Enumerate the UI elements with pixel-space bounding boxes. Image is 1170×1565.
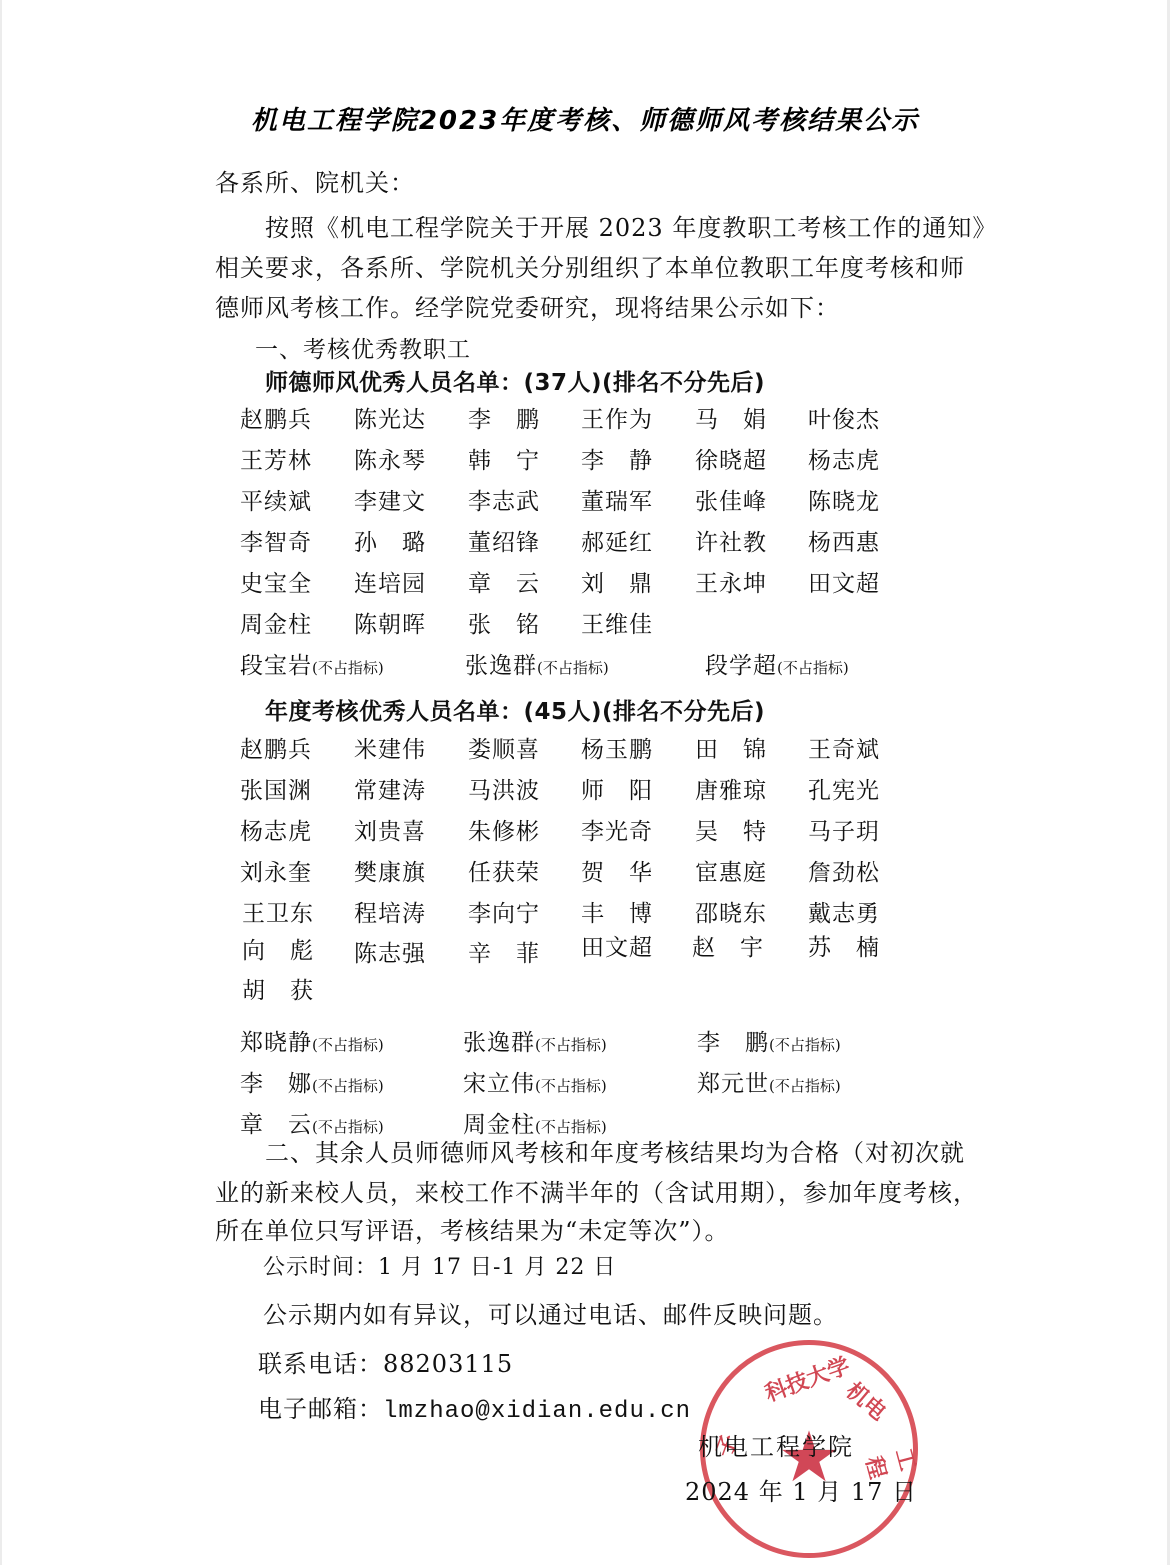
person-name: 田文超: [808, 565, 880, 598]
person-name: 李向宁: [468, 895, 540, 928]
person-name: 赵 宇: [692, 929, 764, 962]
person-name-extra: 段宝岩(不占指标): [240, 647, 384, 680]
person-name: 王作为: [581, 401, 653, 434]
intro-line-2: 相关要求，各系所、学院机关分别组织了本单位教职工年度考核和师: [215, 248, 965, 283]
person-name: 詹劲松: [808, 854, 880, 887]
person-name: 章 云: [468, 565, 540, 598]
person-name: 董瑞军: [581, 483, 653, 516]
person-name: 辛 菲: [468, 935, 540, 968]
person-name: 丰 博: [581, 895, 653, 928]
person-name: 贺 华: [581, 854, 653, 887]
person-name: 张 铭: [468, 606, 540, 639]
section-1-heading: 一、考核优秀教职工: [255, 331, 471, 364]
person-name: 马子玥: [808, 813, 880, 846]
person-name: 王永坤: [695, 565, 767, 598]
person-name: 常建涛: [354, 772, 426, 805]
person-name-extra: 李 娜(不占指标): [240, 1065, 384, 1098]
annual-list-heading: 年度考核优秀人员名单：(45人)(排名不分先后): [265, 693, 765, 726]
person-name: 叶俊杰: [808, 401, 880, 434]
intro-line-3: 德师风考核工作。经学院党委研究，现将结果公示如下：: [215, 288, 840, 323]
person-name: 田文超: [581, 929, 653, 962]
person-name: 马 娟: [695, 401, 767, 434]
person-name: 平续斌: [240, 483, 312, 516]
person-name: 王奇斌: [808, 731, 880, 764]
person-name: 戴志勇: [808, 895, 880, 928]
salutation: 各系所、院机关：: [215, 163, 415, 198]
seal-text-fragment: 机电: [840, 1374, 894, 1426]
person-name: 陈永琴: [354, 442, 426, 475]
person-name: 王芳林: [240, 442, 312, 475]
signature-date: 2024 年 1 月 17 日: [685, 1472, 917, 1507]
section-2-line-3: 所在单位只写评语，考核结果为“未定等次”）。: [215, 1211, 730, 1246]
person-name: 刘 鼎: [581, 565, 653, 598]
contact-phone-value: 88203115: [383, 1350, 513, 1378]
person-name: 宦惠庭: [695, 854, 767, 887]
person-name: 朱修彬: [468, 813, 540, 846]
person-name: 郝延红: [581, 524, 653, 557]
contact-email: 电子邮箱：lmzhao@xidian.edu.cn: [258, 1389, 691, 1425]
section-2-line-1: 二、其余人员师德师风考核和年度考核结果均为合格（对初次就: [265, 1133, 965, 1168]
person-name-extra: 宋立伟(不占指标): [463, 1065, 607, 1098]
page-edge-left: [0, 0, 2, 1565]
person-name: 唐雅琼: [695, 772, 767, 805]
person-name: 樊康旗: [354, 854, 426, 887]
person-name-extra: 郑晓静(不占指标): [240, 1024, 384, 1057]
person-name: 史宝全: [240, 565, 312, 598]
person-name: 韩 宁: [468, 442, 540, 475]
objection-note: 公示期内如有异议，可以通过电话、邮件反映问题。: [263, 1295, 838, 1330]
person-name: 连培园: [354, 565, 426, 598]
person-name: 李 静: [581, 442, 653, 475]
person-name-extra: 段学超(不占指标): [705, 647, 849, 680]
contact-email-value[interactable]: lmzhao@xidian.edu.cn: [383, 1398, 691, 1425]
signature-org: 机电工程学院: [698, 1427, 854, 1462]
person-name: 李志武: [468, 483, 540, 516]
person-name: 赵鹏兵: [240, 401, 312, 434]
publicity-period: 公示时间：1 月 17 日-1 月 22 日: [263, 1250, 616, 1281]
section-2-line-2: 业的新来校人员，来校工作不满半年的（含试用期），参加年度考核，: [215, 1173, 978, 1208]
person-name: 杨志虎: [240, 813, 312, 846]
person-name: 董绍锋: [468, 524, 540, 557]
person-name: 马洪波: [468, 772, 540, 805]
person-name: 师 阳: [581, 772, 653, 805]
person-name-extra: 张逸群(不占指标): [463, 1024, 607, 1057]
person-name: 邵晓东: [695, 895, 767, 928]
contact-email-label: 电子邮箱：: [258, 1395, 383, 1423]
person-name: 王维佳: [581, 606, 653, 639]
person-name: 陈晓龙: [808, 483, 880, 516]
person-name: 陈朝晖: [354, 606, 426, 639]
person-name: 娄顺喜: [468, 731, 540, 764]
person-name-extra: 李 鹏(不占指标): [697, 1024, 841, 1057]
person-name: 刘永奎: [240, 854, 312, 887]
person-name: 刘贵喜: [354, 813, 426, 846]
person-name: 周金柱: [240, 606, 312, 639]
person-name: 孙 璐: [354, 524, 426, 557]
person-name: 张国渊: [240, 772, 312, 805]
contact-phone: 联系电话：88203115: [258, 1344, 513, 1379]
person-name: 李 鹏: [468, 401, 540, 434]
person-name: 杨玉鹏: [581, 731, 653, 764]
person-name: 许社教: [695, 524, 767, 557]
document-title: 机电工程学院2023年度考核、师德师风考核结果公示: [0, 100, 1170, 137]
person-name: 田 锦: [695, 731, 767, 764]
person-name: 吴 特: [695, 813, 767, 846]
person-name: 苏 楠: [808, 929, 880, 962]
person-name: 孔宪光: [808, 772, 880, 805]
person-name-extra: 张逸群(不占指标): [465, 647, 609, 680]
person-name: 向 彪: [242, 932, 314, 965]
person-name: 王卫东: [242, 895, 314, 928]
person-name: 赵鹏兵: [240, 731, 312, 764]
person-name: 李光奇: [581, 813, 653, 846]
person-name: 胡 获: [242, 972, 314, 1005]
person-name: 米建伟: [354, 731, 426, 764]
person-name: 杨志虎: [808, 442, 880, 475]
ethics-list-heading: 师德师风优秀人员名单：(37人)(排名不分先后): [265, 364, 765, 397]
person-name-extra: 郑元世(不占指标): [697, 1065, 841, 1098]
person-name: 李智奇: [240, 524, 312, 557]
person-name: 徐晓超: [695, 442, 767, 475]
person-name: 任获荣: [468, 854, 540, 887]
person-name: 张佳峰: [695, 483, 767, 516]
person-name: 杨西惠: [808, 524, 880, 557]
person-name: 陈光达: [354, 401, 426, 434]
person-name: 李建文: [354, 483, 426, 516]
person-name: 程培涛: [354, 895, 426, 928]
person-name: 陈志强: [354, 935, 426, 968]
intro-line-1: 按照《机电工程学院关于开展 2023 年度教职工考核工作的通知》: [265, 208, 997, 243]
contact-phone-label: 联系电话：: [258, 1350, 383, 1378]
seal-text-fragment: 科技大学: [760, 1349, 853, 1408]
